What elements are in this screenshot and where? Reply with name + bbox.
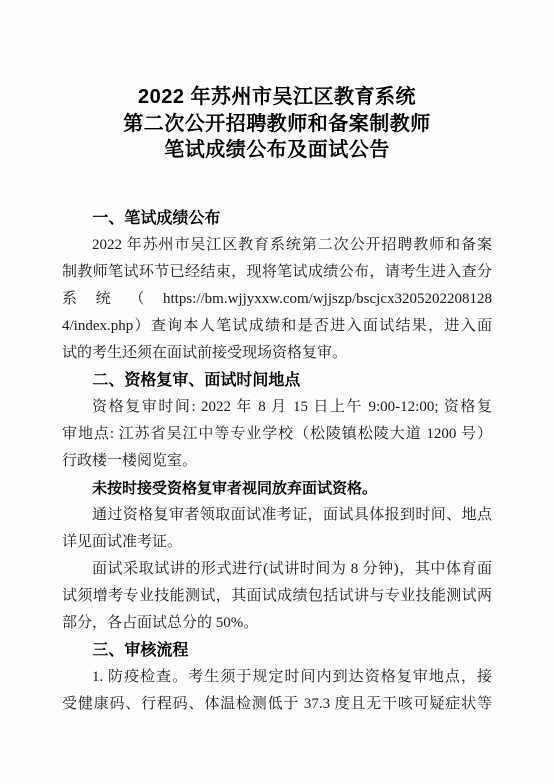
body-line: 面试采取试讲的形式进行(试讲时间为 8 分钟)，其中体育面 — [62, 556, 492, 583]
body-line: 试须增考专业技能测试，其面试成绩包括试讲与专业技能测试两 — [62, 583, 492, 610]
title-line-1: 2022 年苏州市吴江区教育系统 — [62, 84, 492, 111]
score-query-url-line: 系统（https://bm.wjjyxxw.com/wjjszp/bscjcx3… — [62, 286, 492, 313]
section-2-heading: 二、资格复审、面试时间地点 — [62, 367, 492, 394]
body-line: 试的考生还须在面试前接受现场资格复审。 — [62, 340, 492, 367]
body-line: 2022 年苏州市吴江区教育系统第二次公开招聘教师和备案 — [62, 232, 492, 259]
document-page: 2022 年苏州市吴江区教育系统 第二次公开招聘教师和备案制教师 笔试成绩公布及… — [0, 0, 554, 784]
review-time-line: 资格复审时间: 2022 年 8 月 15 日上午 9:00-12:00; 资格… — [62, 394, 492, 421]
review-location-line: 审地点: 江苏省吴江中等专业学校（松陵镇松陵大道 1200 号） — [62, 421, 492, 448]
title-line-2: 第二次公开招聘教师和备案制教师 — [62, 111, 492, 138]
document-body: 一、笔试成绩公布 2022 年苏州市吴江区教育系统第二次公开招聘教师和备案 制教… — [62, 205, 492, 718]
body-line: 受健康码、行程码、体温检测低于 37.3 度且无干咳可疑症状等 — [62, 691, 492, 718]
section-3-heading: 三、审核流程 — [62, 637, 492, 664]
document-title: 2022 年苏州市吴江区教育系统 第二次公开招聘教师和备案制教师 笔试成绩公布及… — [62, 84, 492, 164]
review-location-line: 行政楼一楼阅览室。 — [62, 448, 492, 475]
body-line: 制教师笔试环节已经结束，现将笔试成绩公布，请考生进入查分 — [62, 259, 492, 286]
body-line: 1. 防疫检查。考生须于规定时间内到达资格复审地点，接 — [62, 664, 492, 691]
body-line: 部分，各占面试总分的 50%。 — [62, 610, 492, 637]
score-query-url-line: 4/index.php）查询本人笔试成绩和是否进入面试结果，进入面 — [62, 313, 492, 340]
section-1-heading: 一、笔试成绩公布 — [62, 205, 492, 232]
forfeit-notice-line: 未按时接受资格复审者视同放弃面试资格。 — [62, 475, 492, 502]
body-line: 详见面试准考证。 — [62, 529, 492, 556]
body-line: 通过资格复审者领取面试准考证，面试具体报到时间、地点 — [62, 502, 492, 529]
title-line-3: 笔试成绩公布及面试公告 — [62, 137, 492, 164]
